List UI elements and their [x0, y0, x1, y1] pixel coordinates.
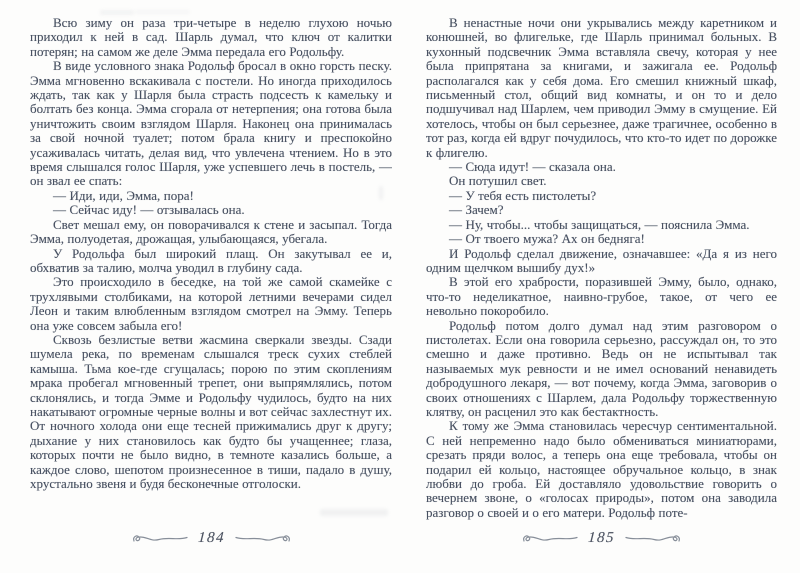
paragraph: Это происходило в беседке, на той же сам…	[30, 275, 392, 333]
flourish-left-icon	[131, 531, 189, 545]
scan-artifact	[100, 10, 134, 15]
left-page: Всю зиму он раза три-четыре в неделю глу…	[30, 16, 392, 520]
scan-artifact	[135, 10, 190, 14]
paragraph: — Сейчас иду! — отзывалась она.	[30, 203, 392, 217]
page-number: 184	[197, 530, 225, 547]
paragraph: В этой его храбрости, поразившей Эмму, б…	[426, 275, 777, 318]
paragraph: — От твоего мужа? Ах он бедняга!	[426, 232, 777, 246]
paragraph: Родольф потом долго думал над этим разго…	[426, 319, 777, 420]
paragraph: Он потушил свет.	[426, 174, 777, 188]
flourish-right-icon	[234, 531, 292, 545]
paragraph: Всю зиму он раза три-четыре в неделю глу…	[30, 16, 392, 59]
right-page-footer: 185	[426, 527, 777, 549]
paragraph: В ненастные ночи они укрывались между ка…	[426, 16, 777, 160]
paragraph: К тому же Эмма становилась чересчур сент…	[426, 419, 777, 520]
paragraph: — Иди, иди, Эмма, пора!	[30, 189, 392, 203]
right-page: В ненастные ночи они укрывались между ка…	[426, 16, 777, 520]
paragraph: В виде условного знака Родольф бросал в …	[30, 59, 392, 189]
paragraph: И Родольф сделал движение, означавшее: «…	[426, 247, 777, 276]
flourish-right-icon	[624, 531, 682, 545]
page-number: 185	[587, 530, 615, 547]
paragraph: У Родольфа был широкий плащ. Он закутыва…	[30, 247, 392, 276]
paragraph: — У тебя есть пистолеты?	[426, 189, 777, 203]
paragraph: — Зачем?	[426, 203, 777, 217]
paragraph: Свет мешал ему, он поворачивался к стене…	[30, 218, 392, 247]
flourish-left-icon	[521, 531, 579, 545]
left-page-footer: 184	[30, 527, 392, 549]
paragraph: — Сюда идут! — сказала она.	[426, 160, 777, 174]
paragraph: — Ну, чтобы... чтобы защищаться, — поясн…	[426, 218, 777, 232]
book-spread: Всю зиму он раза три-четыре в неделю глу…	[0, 0, 800, 573]
paragraph: Сквозь безлистые ветви жасмина сверкали …	[30, 333, 392, 491]
